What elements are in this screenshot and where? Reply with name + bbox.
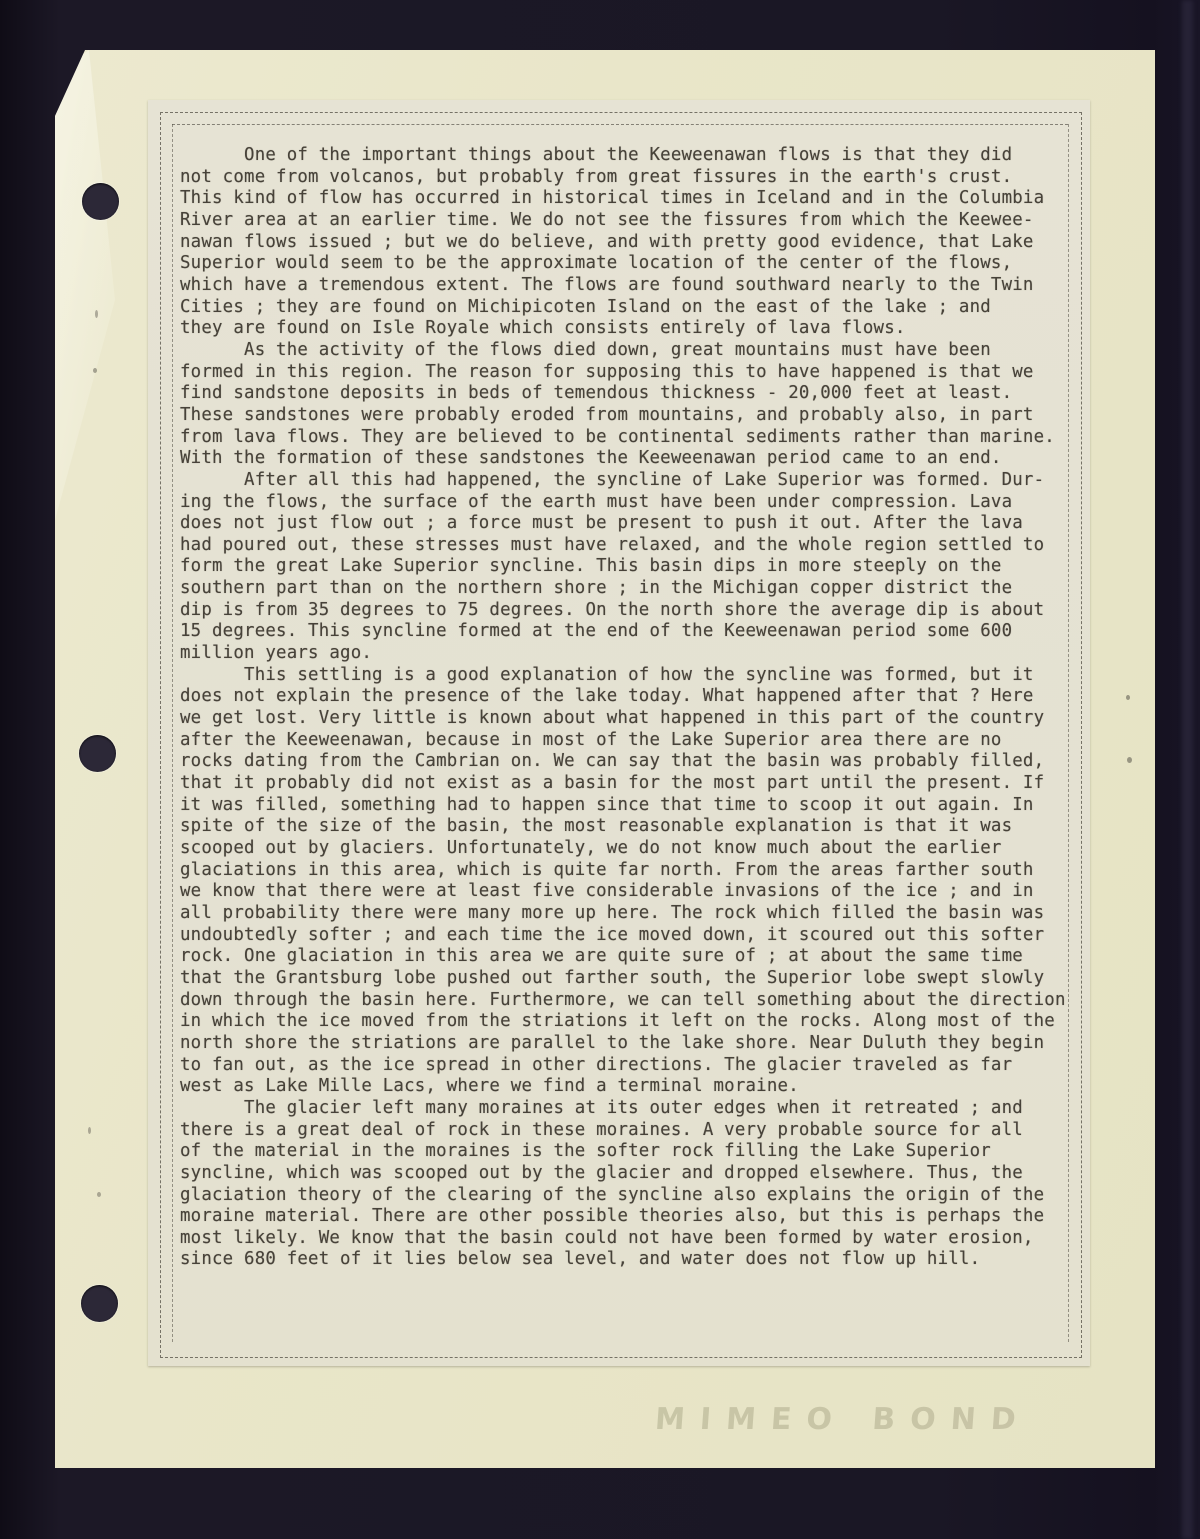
paragraph-syncline-formation: After all this had happened, the synclin…	[180, 470, 1066, 665]
paper-watermark: MIMEO BOND	[654, 1402, 1076, 1437]
punch-hole-middle	[79, 735, 116, 772]
dashed-border-inner-right	[1068, 124, 1069, 1342]
backing-paper-sheet: One of the important things about the Ke…	[55, 50, 1155, 1468]
ink-speck	[1127, 757, 1132, 763]
typed-page: One of the important things about the Ke…	[148, 100, 1090, 1366]
dashed-border-inner-top	[172, 124, 1068, 125]
ink-speck	[93, 368, 97, 373]
ink-speck	[88, 1127, 91, 1134]
ink-speck	[95, 310, 98, 318]
paragraph-keweenawan-flows: One of the important things about the Ke…	[180, 145, 1066, 340]
paragraph-sandstone-mountains: As the activity of the flows died down, …	[180, 340, 1066, 470]
paragraph-glacial-scouring: This settling is a good explanation of h…	[180, 665, 1066, 1098]
punch-hole-bottom	[81, 1285, 118, 1322]
document-body-text: One of the important things about the Ke…	[180, 145, 1066, 1271]
dashed-border-inner-left	[172, 124, 173, 1342]
binding-edge	[1182, 0, 1193, 1539]
scan-background: One of the important things about the Ke…	[0, 0, 1200, 1539]
ink-speck	[1126, 695, 1130, 700]
punch-hole-top	[82, 183, 119, 220]
ink-speck	[97, 1192, 101, 1197]
paragraph-moraines-conclusion: The glacier left many moraines at its ou…	[180, 1098, 1066, 1271]
